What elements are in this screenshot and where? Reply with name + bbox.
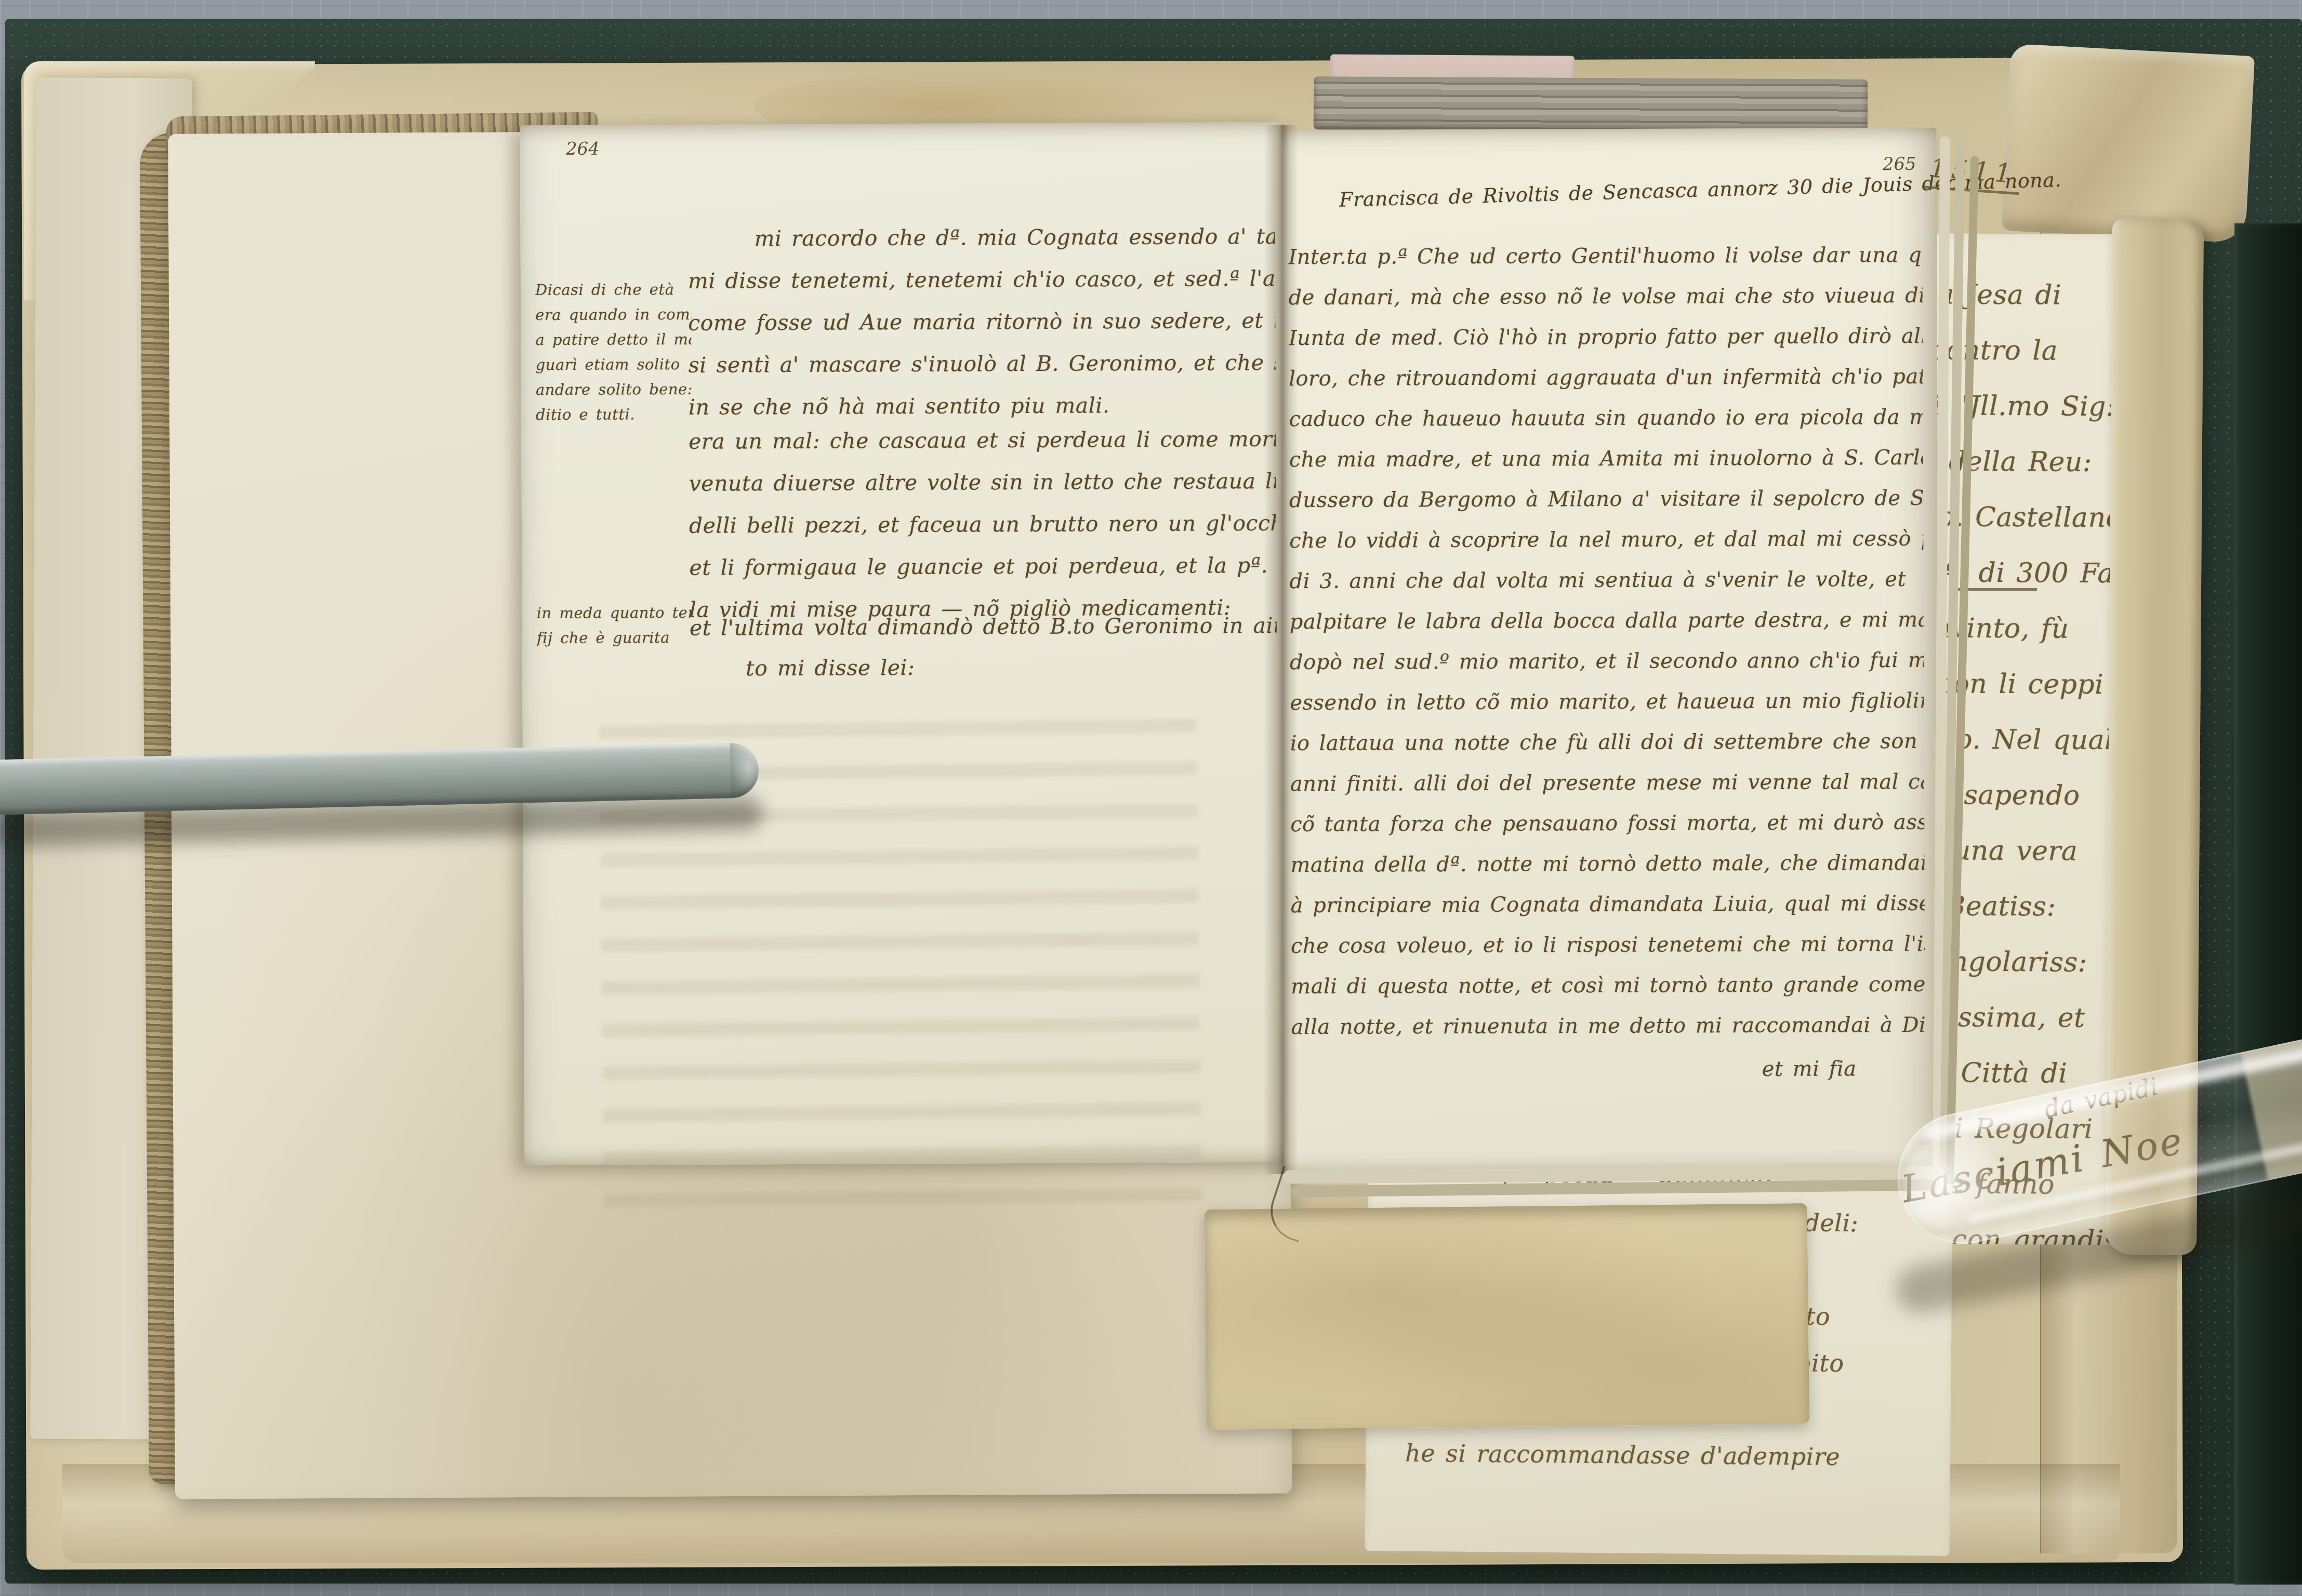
manuscript-line: dussero da Bergomo à Milano a' visitare … [1289, 486, 1923, 529]
shaded-right-edge [2234, 223, 2302, 1585]
manuscript-line: Iunta de med. Ciò l'hò in proprio fatto … [1289, 324, 1923, 367]
manuscript-line: che cosa voleuo, et io li risposi tenete… [1291, 932, 1925, 975]
manuscript-line: mi disse tenetemi, tenetemi ch'io casco,… [688, 266, 1275, 311]
margin-note-line: fij che è guarita [537, 629, 693, 654]
manuscript-line: alla notte, et rinuenuta in me detto mi … [1291, 1013, 1925, 1056]
manuscript-line: Inter.ta p.ª Che ud certo Gentil'huomo l… [1288, 243, 1922, 286]
manuscript-line: loro, che ritrouandomi aggrauata d'un in… [1289, 365, 1923, 407]
left-manuscript-page: 264 mi racordo che dª. mia Cognata essen… [520, 122, 1286, 1165]
manuscript-line: he si raccommandasse d'adempire [1405, 1439, 1951, 1491]
manuscript-line: cõ tanta forza che pensauano fossi morta… [1290, 810, 1924, 853]
manuscript-line: à principiare mia Cognata dimandata Liui… [1291, 892, 1925, 934]
left-folio-number: 264 [566, 139, 600, 159]
margin-note-age: Dicasi di che etàera quando in cominciòa… [535, 281, 692, 431]
left-page-paragraph-2: era un mal: che cascaua et si perdeua li… [689, 427, 1277, 640]
right-manuscript-page: Francisca de Rivoltis de Sencasca annorz… [1280, 128, 1940, 1174]
manuscript-line: come fosse ud Aue maria ritornò in suo s… [688, 308, 1275, 353]
manuscript-line: et l'ultima volta dimandò detto B.to Ger… [690, 613, 1277, 656]
manuscript-line: era un mal: che cascaua et si perdeua li… [689, 427, 1276, 471]
margin-note-line: Dicasi di che età [535, 281, 691, 306]
margin-note-line: ditio e tutti. [536, 405, 692, 431]
manuscript-line: et li formigaua le guancie et poi perdeu… [689, 553, 1276, 597]
manuscript-line: to mi disse lei: [746, 654, 1277, 696]
manuscript-line: io lattaua una notte che fù alli doi di … [1290, 729, 1924, 772]
margin-note-line: guarì etiam solito [536, 355, 692, 381]
margin-note-healed: in meda quanto tempofij che è guarita [537, 604, 693, 654]
manuscript-line: che mia madre, et una mia Amita mi inuol… [1289, 446, 1923, 488]
manuscript-line: mi racordo che dª. mia Cognata essendo a… [754, 224, 1275, 268]
manuscript-line: matina della dª. notte mi tornò detto ma… [1290, 851, 1924, 894]
manuscript-line: ima Jesa di [1903, 279, 2136, 336]
book-gutter-shadow [1264, 125, 1298, 1174]
manuscript-line: venuta diuerse altre volte sin in letto … [689, 469, 1276, 513]
archival-manuscript-photo: ima Jesa dia contro laori l'Jll.mo Sig:r… [0, 0, 2302, 1596]
manuscript-line: si sentì a' mascare s'inuolò al B. Geron… [689, 350, 1276, 395]
folder-crumpled-corner [2001, 44, 2255, 243]
manuscript-line: de danari, mà che esso nõ le volse mai c… [1289, 284, 1923, 326]
manuscript-line: anni finiti. alli doi del presente mese … [1290, 770, 1924, 813]
manuscript-line: dopò nel sud.º mio marito, et il secondo… [1290, 648, 1924, 691]
margin-note-line: andare solito bene: [536, 380, 692, 406]
closing-phrase: et mi fia [1762, 1057, 1857, 1081]
margin-note-line: era quando in cominciò [535, 305, 691, 331]
manuscript-line: che lo viddi à scoprire la nel muro, et … [1289, 527, 1923, 569]
manuscript-line: mali di questa notte, et così mi tornò t… [1291, 973, 1925, 1015]
right-folio-number: 265 [1883, 154, 1916, 175]
margin-note-line: a patire detto il male [535, 330, 691, 356]
left-page-paragraph-3: et l'ultima volta dimandò detto B.to Ger… [690, 613, 1277, 697]
book-gatherings-edge [1314, 76, 1868, 132]
manuscript-line: delli belli pezzi, et faceua un brutto n… [689, 511, 1276, 555]
manuscript-line: caduco che haueuo hauuta sin quando io e… [1289, 405, 1923, 448]
left-page-paragraph-1: mi racordo che dª. mia Cognata essendo a… [687, 224, 1276, 437]
right-page-body: Inter.ta p.ª Che ud certo Gentil'huomo l… [1288, 243, 1925, 1056]
manuscript-line: di 3. anni che dal volta mi sentiua à s'… [1289, 567, 1923, 610]
manuscript-line: essendo in letto cõ mio marito, et haueu… [1290, 689, 1924, 731]
manuscript-line: palpitare le labra della bocca dalla par… [1290, 608, 1924, 650]
margin-note-line: in meda quanto tempo [537, 604, 693, 629]
